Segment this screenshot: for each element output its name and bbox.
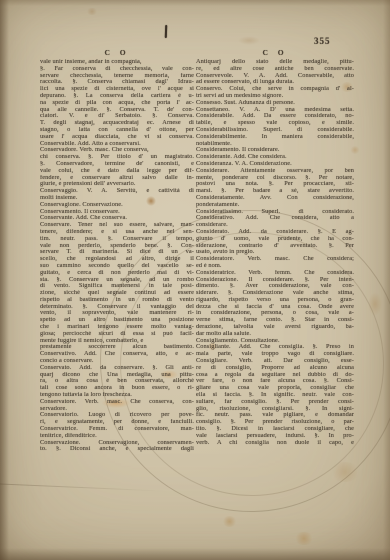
text-line: ciatori. V. e di' Serbatoio. §. Conserva… <box>40 113 194 120</box>
text-line: servadore. <box>40 406 194 413</box>
left-column-header: C O <box>40 48 194 57</box>
text-line: riguardo, rispetto verso una persona, o … <box>196 297 354 304</box>
text-line: Considerabilissimo. Superl. di considera… <box>196 127 354 134</box>
text-line: Antiquarj dello stato delle medaglie, pi… <box>196 59 354 66</box>
text-line: gliare una cosa vale proporla, consiglia… <box>196 385 354 392</box>
page-edge-shadow-bottom <box>0 548 390 560</box>
ink-mark <box>165 25 167 38</box>
text-line: Consideratissimo. Superl. di considerato… <box>196 209 354 216</box>
foxing-spot <box>368 292 382 316</box>
text-line: ad essere conservato, di lunga durata. <box>196 79 354 86</box>
text-line: §. Far conserva di checchessia, vale con… <box>40 66 194 73</box>
text-line: Conservo. Colui, che serve in compagnia … <box>196 86 354 93</box>
text-line: to. §. Diconsi anche, e specialmente dag… <box>40 446 194 453</box>
text-line: suo cammino secondo quello del vascello … <box>40 263 194 270</box>
text-line: sta. §. Conservare un segnale, ad un rom… <box>40 277 194 284</box>
book-page-scan: 355 C O C O vale unir insieme, andar in … <box>0 0 390 560</box>
text-line: vale colui, che è dato dalla legge per d… <box>40 168 194 175</box>
paper-crease-line <box>0 483 166 491</box>
text-line: re, ed altre cose antiche ben conservate… <box>196 66 354 73</box>
text-line: Consideramento. Il considerare. <box>196 147 354 154</box>
text-line: Conservativo. Add. Che conserva, atto, e… <box>40 351 194 358</box>
right-column-header: C O <box>196 48 354 57</box>
text-line: zione, sicché quel segnale continui ad e… <box>40 290 194 297</box>
text-line: glio, risoluzione, consigliarsi. §. In s… <box>196 406 354 413</box>
page-number: 355 <box>314 36 348 46</box>
text-line: stagno, o latta con cannella d' ottone, … <box>40 127 194 134</box>
foxing-spot <box>222 516 237 527</box>
text-line: ed è nom. <box>196 263 354 270</box>
text-line: ver fare, o non fare alcuna cosa. §. Con… <box>196 378 354 385</box>
text-line: che i marinari tengono essere molto vant… <box>40 324 194 331</box>
text-line: ra, o altra cosa è ben conservata, allor… <box>40 378 194 385</box>
text-line: Considerativo. Add. Che considera, atto … <box>196 215 354 222</box>
text-line: Conservamento. Il conservare. <box>40 209 194 216</box>
text-line: Conservante. Add. Che conserva. <box>40 215 194 222</box>
text-line: Conservatorio. Luogo di ricovero per pov… <box>40 412 194 419</box>
text-line: tengono tuttavia la loro freschezza. <box>40 392 194 399</box>
text-line: cosa a regola da seguitare nel dubbio di… <box>196 372 354 379</box>
text-line: Considerare. Attentamente osservare, por… <box>196 168 354 175</box>
page-edge-shadow-left <box>0 0 9 560</box>
text-line: consiglio. §. Per prender risoluzione, o… <box>196 419 354 426</box>
text-line: usato, avuto in pregio. <box>196 249 354 256</box>
text-line: Consigliare. Verb. att. Dar consiglio, e… <box>196 358 354 365</box>
right-column-text: Antiquarj dello stato delle medaglie, pi… <box>196 59 354 446</box>
text-line: Conservatore. Verb. masc. Che conserva, … <box>40 399 194 406</box>
text-line: dezza che si faccia d' una cosa. Onde av… <box>196 304 354 311</box>
text-line: §. Conservadore, termine de' canonisti, … <box>40 161 194 168</box>
text-line: raccolta. §. Conserva chiamasi dagl' Idr… <box>40 79 194 86</box>
text-line: sultare, far consiglio. §. Per prender c… <box>196 399 354 406</box>
text-line: Conservevole. V. A. Add. Conservabile, a… <box>196 73 354 80</box>
text-line: derazione, talvolta vale aversi riguardo… <box>196 324 354 331</box>
text-line: usare l' acqua diacciata, che vi si cons… <box>40 134 194 141</box>
foxing-spot <box>294 532 314 545</box>
text-line: verb. A chi consiglia non duole il capo,… <box>196 440 354 447</box>
text-line: Conservare. Tener nel suo essere, salvar… <box>40 222 194 229</box>
text-line: giosa; perciocché sicuri di essa si può … <box>40 331 194 338</box>
text-line: ponderatamente. <box>196 202 354 209</box>
page-edge-shadow-top <box>0 0 390 6</box>
text-line: fic. neutr. pass. vale pigliare, e doman… <box>196 412 354 419</box>
text-line: tenere, difendere; e si usa anche nel se… <box>40 229 194 236</box>
foxing-spot <box>330 462 360 482</box>
text-line: quarj dicono che Una medaglia, una pittu… <box>40 372 194 379</box>
text-line: Considerante. Add. Che considera. <box>196 154 354 161</box>
text-line: di vento. Significa mantenersi in tale p… <box>40 283 194 290</box>
text-line: ella si faccia. §. In signific. neutr. v… <box>196 392 354 399</box>
text-line: T. degli stagnaj, acquacedrataj ec. Arne… <box>40 120 194 127</box>
text-line: na spezie di pila con acqua, che porta l… <box>40 100 194 107</box>
text-line: Conservabile. Add. Atto a conservarsi. <box>40 141 194 148</box>
text-line: guitato, e cerca di non perderlo mai di … <box>40 270 194 277</box>
text-line: Consideratore. Verb. masc. Che considera… <box>196 256 354 263</box>
text-line: mente fuggire il nemico, combatterlo, e <box>40 338 194 345</box>
text-line: in considerazione, persona, o cosa, vale… <box>196 310 354 317</box>
text-line: Consideranza. V. A. Considerazione. <box>196 161 354 168</box>
text-line: Conservadore. Verb. masc. Che conserva, <box>40 147 194 154</box>
text-line: verne stima, farne conto. §. Star in con… <box>196 317 354 324</box>
text-line: Consigliante. Add. Che consiglia. §. Pre… <box>196 344 354 351</box>
text-line: mente, ponderare col discorso. §. Per no… <box>196 175 354 182</box>
text-line: siderare. §. Considerazione vale anche s… <box>196 290 354 297</box>
text-line: vale unir insieme, andar in compagnia, <box>40 59 194 66</box>
text-line: marsi. §. Per badare a sè, stare avverti… <box>196 188 354 195</box>
left-column-text: vale unir insieme, andar in compagnia,§.… <box>40 59 194 453</box>
text-line: notabilmente. <box>196 141 354 148</box>
text-line: depurano. §. La conserva della cartiera … <box>40 93 194 100</box>
text-line: Considerazione. Il considerare. §. Per i… <box>196 277 354 284</box>
text-line: rispetto al bastimento in un rombo di ve… <box>40 297 194 304</box>
text-line: qua alle cannelle. §. Conserva. T. de' c… <box>40 107 194 114</box>
foxing-spot <box>86 8 98 15</box>
text-line: Consigliamento. Consultazione. <box>196 338 354 345</box>
text-line: tim. neutr. pass. §. Conservare il tempo… <box>40 236 194 243</box>
text-line: determinato. §. Conservare il vantaggio … <box>40 304 194 311</box>
text-line: re di consiglio, Proporre ad alcuno alcu… <box>196 365 354 372</box>
text-line: Considerabile. Add. Da essere considerat… <box>196 113 354 120</box>
text-line: dimento. §. Aver considerazione, vale co… <box>196 283 354 290</box>
text-line: Consesso. Sust. Adunanza di persone. <box>196 100 354 107</box>
text-line: tali cose sono ancora in buon essere, o … <box>40 385 194 392</box>
text-line: dar molto alla salute. <box>196 331 354 338</box>
text-line: considerare. <box>196 222 354 229</box>
text-line: prestamente soccorrere alcun bastimento. <box>40 344 194 351</box>
text-line: vale non perderlo, spenderlo bene. §. Co… <box>40 243 194 250</box>
text-line: Conservato. Add. da conservare. §. Gli a… <box>40 365 194 372</box>
text-line: Consideratamente. Avv. Con considerazion… <box>196 195 354 202</box>
text-line: Consettaneo. V. A. D' una medesima setta… <box>196 107 354 114</box>
text-line: giunto d' uomo, vale prudente, che ha co… <box>196 236 354 243</box>
text-line: chi conserva. §. Per titolo d' un magist… <box>40 154 194 161</box>
text-line: concio a conservare. <box>40 358 194 365</box>
text-line: giurie, e pretensioni dell' avversario. <box>40 181 194 188</box>
text-line: scello, che regolandosi ad altro, dirige… <box>40 256 194 263</box>
text-line: tito. §. Dicesi in lasciarsi consigliare… <box>196 426 354 433</box>
text-line: Conservaggio. V. A. Servitù, e cattività… <box>40 188 194 195</box>
text-line: siderazione, contrario d' avventato. §. … <box>196 243 354 250</box>
text-line: molti insieme. <box>40 195 194 202</box>
text-line: mala parte, vale troppo vago di consigli… <box>196 351 354 358</box>
text-line: lici una spezie di cisternetta, ove l' a… <box>40 86 194 93</box>
text-line: Considerato. Add. da considerare. §. E a… <box>196 229 354 236</box>
text-line: tenitrice, difenditrice. <box>40 433 194 440</box>
text-line: servare checchessia, tenerne memoria, fa… <box>40 73 194 80</box>
text-line: postovi una nota. §. Per procacciare, st… <box>196 181 354 188</box>
text-line: Conservazione. Conservagione, conservame… <box>40 440 194 447</box>
text-line: Conservagione. Conservazione. <box>40 202 194 209</box>
text-line: Conservatrice. Femm. di conservatore, ma… <box>40 426 194 433</box>
text-line: vento, il sopravvento, vale mantenere ri… <box>40 310 194 317</box>
text-line: vale lasciarsi persuadere, indursi. §. I… <box>196 433 354 440</box>
text-line: tabile, e spesso vale copioso, e simile. <box>196 120 354 127</box>
text-line: fendere, e conservare altrui salvo dalle… <box>40 175 194 182</box>
page-edge-shadow-right <box>383 0 390 560</box>
text-line: servare T. di marineria. Si dice di un v… <box>40 249 194 256</box>
foxing-spot <box>238 36 260 45</box>
text-line: ri, e segnatamente, per donne, e fanciul… <box>40 419 194 426</box>
text-line: Consideratrice. Verb. femm. Che consider… <box>196 270 354 277</box>
text-line: tri servi ad un medesimo signore. <box>196 93 354 100</box>
text-line: spetto ad un altro bastimento una posizi… <box>40 317 194 324</box>
text-line: Considerabilmente. In maniera considerab… <box>196 134 354 141</box>
